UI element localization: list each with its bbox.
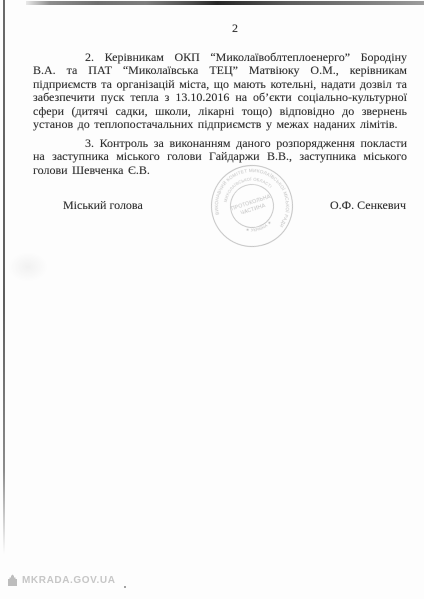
watermark-text: MKRADA.GOV.UA — [22, 575, 116, 586]
scan-speck — [124, 586, 126, 588]
mkrada-logo-icon — [6, 574, 19, 587]
scan-edge-left — [3, 0, 5, 554]
paragraph-2: 2. Керівникам ОКП “Миколаївоблтеплоенерг… — [33, 51, 407, 131]
page-number: 2 — [232, 21, 238, 36]
document-page: 2 2. Керівникам ОКП “Миколаївоблтеплоене… — [0, 0, 424, 599]
signature-title: Міський голова — [63, 198, 143, 213]
scan-edge-top — [26, 1, 424, 5]
signature-name: О.Ф. Сенкевич — [330, 198, 406, 213]
watermark: MKRADA.GOV.UA — [6, 574, 116, 587]
scan-smudge — [8, 252, 48, 282]
